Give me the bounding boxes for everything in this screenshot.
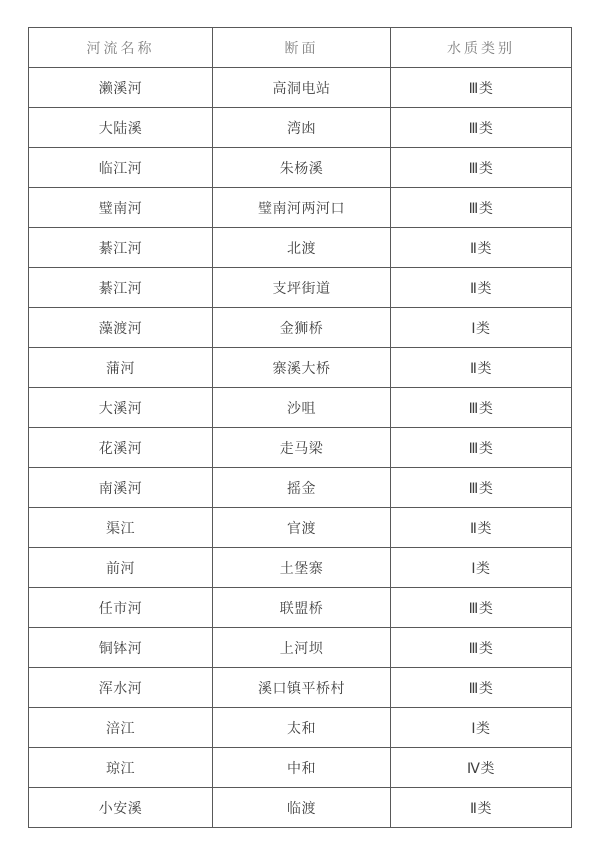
cell-water-quality: Ⅳ类 (391, 748, 572, 788)
cell-water-quality: Ⅲ类 (391, 668, 572, 708)
cell-river-name: 璧南河 (29, 188, 213, 228)
table-row: 璧南河璧南河两河口Ⅲ类 (29, 188, 572, 228)
cell-river-name: 大陆溪 (29, 108, 213, 148)
cell-water-quality: Ⅱ类 (391, 788, 572, 828)
table-row: 南溪河摇金Ⅲ类 (29, 468, 572, 508)
cell-section: 湾凼 (213, 108, 391, 148)
table-row: 濑溪河高洞电站Ⅲ类 (29, 68, 572, 108)
cell-water-quality: Ⅰ类 (391, 308, 572, 348)
cell-section: 临渡 (213, 788, 391, 828)
header-section: 断面 (213, 28, 391, 68)
table-body: 濑溪河高洞电站Ⅲ类大陆溪湾凼Ⅲ类临江河朱杨溪Ⅲ类璧南河璧南河两河口Ⅲ类綦江河北渡… (29, 68, 572, 828)
cell-water-quality: Ⅲ类 (391, 108, 572, 148)
cell-water-quality: Ⅲ类 (391, 588, 572, 628)
table-row: 藻渡河金狮桥Ⅰ类 (29, 308, 572, 348)
table-row: 临江河朱杨溪Ⅲ类 (29, 148, 572, 188)
cell-water-quality: Ⅲ类 (391, 148, 572, 188)
table-row: 花溪河走马梁Ⅲ类 (29, 428, 572, 468)
table-row: 琼江中和Ⅳ类 (29, 748, 572, 788)
cell-water-quality: Ⅰ类 (391, 548, 572, 588)
table-row: 蒲河寨溪大桥Ⅱ类 (29, 348, 572, 388)
cell-water-quality: Ⅲ类 (391, 628, 572, 668)
cell-river-name: 涪江 (29, 708, 213, 748)
table-row: 大溪河沙咀Ⅲ类 (29, 388, 572, 428)
cell-river-name: 渠江 (29, 508, 213, 548)
table-row: 任市河联盟桥Ⅲ类 (29, 588, 572, 628)
cell-section: 高洞电站 (213, 68, 391, 108)
cell-river-name: 綦江河 (29, 228, 213, 268)
cell-water-quality: Ⅲ类 (391, 68, 572, 108)
cell-river-name: 花溪河 (29, 428, 213, 468)
cell-river-name: 前河 (29, 548, 213, 588)
cell-river-name: 藻渡河 (29, 308, 213, 348)
header-river-name: 河流名称 (29, 28, 213, 68)
cell-section: 璧南河两河口 (213, 188, 391, 228)
cell-section: 寨溪大桥 (213, 348, 391, 388)
cell-section: 朱杨溪 (213, 148, 391, 188)
cell-river-name: 小安溪 (29, 788, 213, 828)
cell-section: 走马梁 (213, 428, 391, 468)
table-row: 铜钵河上河坝Ⅲ类 (29, 628, 572, 668)
cell-section: 中和 (213, 748, 391, 788)
cell-section: 沙咀 (213, 388, 391, 428)
table-row: 浑水河溪口镇平桥村Ⅲ类 (29, 668, 572, 708)
table-row: 前河土堡寨Ⅰ类 (29, 548, 572, 588)
cell-section: 上河坝 (213, 628, 391, 668)
cell-section: 官渡 (213, 508, 391, 548)
header-water-quality: 水质类别 (391, 28, 572, 68)
cell-water-quality: Ⅱ类 (391, 268, 572, 308)
cell-section: 北渡 (213, 228, 391, 268)
cell-section: 太和 (213, 708, 391, 748)
table-row: 大陆溪湾凼Ⅲ类 (29, 108, 572, 148)
cell-river-name: 大溪河 (29, 388, 213, 428)
document-page: 河流名称 断面 水质类别 濑溪河高洞电站Ⅲ类大陆溪湾凼Ⅲ类临江河朱杨溪Ⅲ类璧南河… (0, 0, 600, 860)
cell-river-name: 綦江河 (29, 268, 213, 308)
cell-section: 支坪街道 (213, 268, 391, 308)
cell-river-name: 任市河 (29, 588, 213, 628)
cell-section: 土堡寨 (213, 548, 391, 588)
cell-river-name: 铜钵河 (29, 628, 213, 668)
cell-water-quality: Ⅲ类 (391, 388, 572, 428)
cell-river-name: 浑水河 (29, 668, 213, 708)
cell-river-name: 琼江 (29, 748, 213, 788)
cell-section: 溪口镇平桥村 (213, 668, 391, 708)
cell-section: 联盟桥 (213, 588, 391, 628)
cell-river-name: 临江河 (29, 148, 213, 188)
table-row: 小安溪临渡Ⅱ类 (29, 788, 572, 828)
table-row: 涪江太和Ⅰ类 (29, 708, 572, 748)
cell-water-quality: Ⅱ类 (391, 228, 572, 268)
table-row: 綦江河北渡Ⅱ类 (29, 228, 572, 268)
cell-water-quality: Ⅱ类 (391, 508, 572, 548)
table-row: 綦江河支坪街道Ⅱ类 (29, 268, 572, 308)
water-quality-table: 河流名称 断面 水质类别 濑溪河高洞电站Ⅲ类大陆溪湾凼Ⅲ类临江河朱杨溪Ⅲ类璧南河… (28, 27, 572, 828)
cell-river-name: 南溪河 (29, 468, 213, 508)
table-row: 渠江官渡Ⅱ类 (29, 508, 572, 548)
cell-river-name: 蒲河 (29, 348, 213, 388)
cell-section: 金狮桥 (213, 308, 391, 348)
cell-section: 摇金 (213, 468, 391, 508)
cell-water-quality: Ⅱ类 (391, 348, 572, 388)
cell-water-quality: Ⅲ类 (391, 468, 572, 508)
cell-river-name: 濑溪河 (29, 68, 213, 108)
cell-water-quality: Ⅲ类 (391, 188, 572, 228)
cell-water-quality: Ⅲ类 (391, 428, 572, 468)
cell-water-quality: Ⅰ类 (391, 708, 572, 748)
header-row: 河流名称 断面 水质类别 (29, 28, 572, 68)
